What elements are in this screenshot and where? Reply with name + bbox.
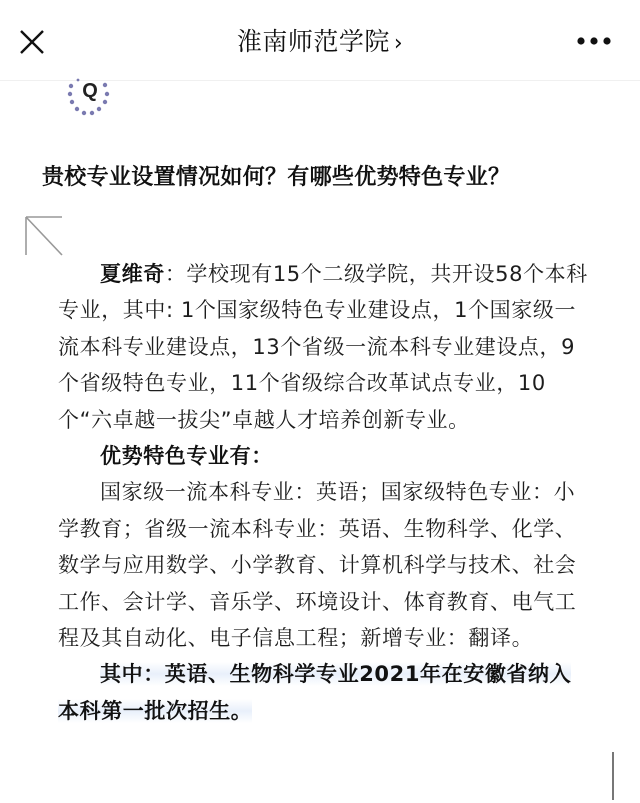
question-badge: Q (66, 76, 114, 118)
intro-paragraph: 夏维奇：学校现有15个二级学院，共开设58个本科专业，其中: 1个国家级特色专业… (58, 256, 588, 438)
advantage-heading: 优势特色专业有： (58, 438, 588, 474)
scroll-indicator[interactable] (612, 752, 614, 800)
highlight-paragraph: 其中：英语、生物科学专业2021年在安徽省纳入本科第一批次招生。 (58, 656, 588, 729)
corner-arrow-icon (24, 215, 64, 257)
intro-text: 学校现有15个二级学院，共开设58个本科专业，其中: 1个国家级特色专业建设点，… (58, 262, 588, 432)
top-navigation-bar: 淮南师范学院› (0, 0, 640, 81)
advantage-body: 国家级一流本科专业：英语；国家级特色专业：小学教育；省级一流本科专业：英语、生物… (58, 474, 588, 656)
more-options-button[interactable] (576, 30, 616, 52)
speaker-name: 夏维奇 (100, 262, 165, 286)
account-title-link[interactable]: 淮南师范学院› (0, 22, 640, 58)
chevron-right-icon: › (394, 31, 403, 56)
page-title: 淮南师范学院 (237, 27, 390, 56)
question-heading: 贵校专业设置情况如何？有哪些优势特色专业？ (42, 160, 510, 191)
more-horizontal-icon (576, 30, 616, 52)
question-badge-letter: Q (66, 80, 114, 103)
answer-article: 夏维奇：学校现有15个二级学院，共开设58个本科专业，其中: 1个国家级特色专业… (58, 256, 588, 729)
